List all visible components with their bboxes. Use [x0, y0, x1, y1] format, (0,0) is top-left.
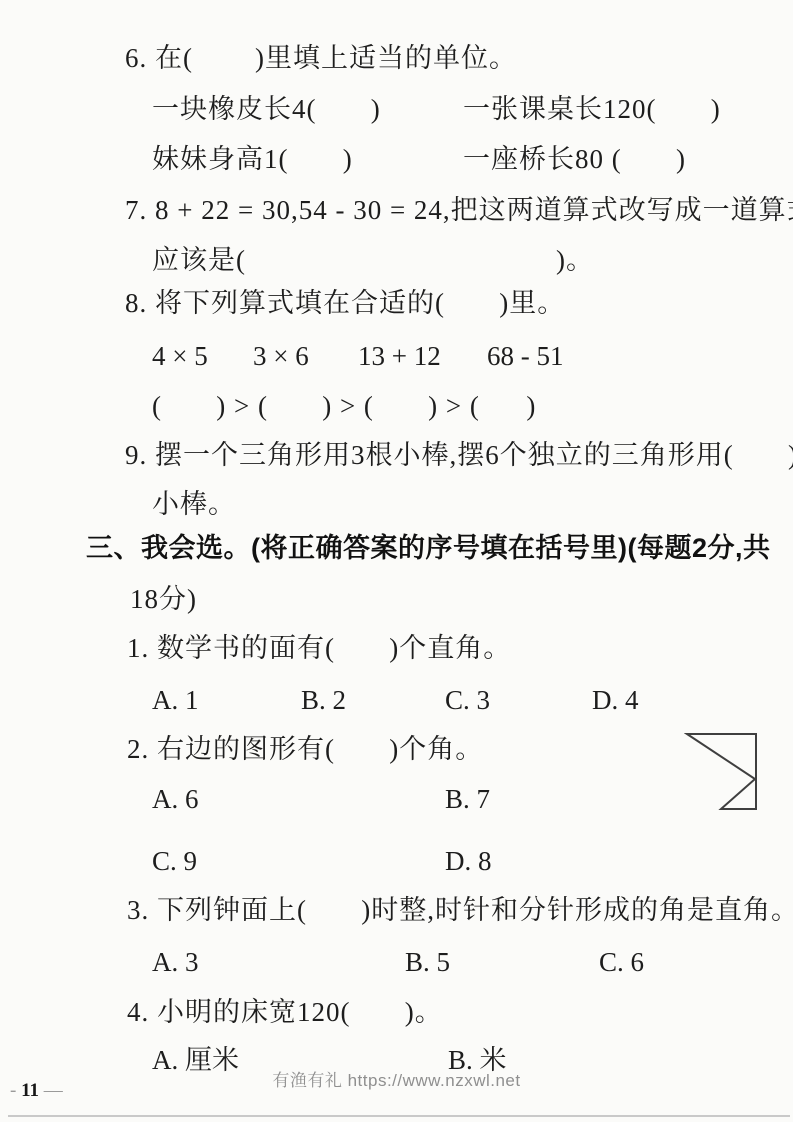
- page-number: - 11 —: [10, 1080, 63, 1102]
- page-number-value: 11: [21, 1080, 39, 1101]
- s3-q3-option-c: C. 6: [599, 946, 644, 978]
- s3-q3-stem: 3. 下列钟面上( )时整,时针和分针形成的角是直角。: [127, 894, 793, 926]
- q6-stem: 6. 在( )里填上适当的单位。: [125, 42, 517, 74]
- s3-q1-option-a: A. 1: [152, 684, 199, 716]
- s3-q4-stem: 4. 小明的床宽120( )。: [127, 996, 443, 1028]
- q7-line2: 应该是( )。: [152, 244, 594, 276]
- watermark-footer: 有渔有礼 https://www.nzxwl.net: [0, 1066, 793, 1091]
- q8-expression-2: 3 × 6: [253, 340, 309, 372]
- s3-q3-option-b: B. 5: [405, 946, 450, 978]
- s3-q3-option-a: A. 3: [152, 946, 199, 978]
- worksheet-page: 6. 在( )里填上适当的单位。 一块橡皮长4( ) 一张课桌长120( ) 妹…: [0, 0, 793, 1122]
- q7-line1: 7. 8 + 22 = 30,54 - 30 = 24,把这两道算式改写成一道算…: [125, 194, 793, 226]
- s3-q1-stem: 1. 数学书的面有( )个直角。: [127, 632, 511, 664]
- page-number-dash-right: —: [39, 1080, 63, 1101]
- q6-item-sister: 妹妹身高1( ): [152, 143, 353, 175]
- s3-q2-option-c: C. 9: [152, 845, 197, 877]
- q6-item-eraser: 一块橡皮长4( ): [152, 93, 381, 125]
- q6-item-desk: 一张课桌长120( ): [463, 93, 721, 125]
- q8-stem: 8. 将下列算式填在合适的( )里。: [125, 287, 565, 319]
- page-bottom-edge: [8, 1115, 790, 1117]
- q9-line1: 9. 摆一个三角形用3根小棒,摆6个独立的三角形用( )根: [125, 439, 793, 471]
- pentagon-flag-shape: [687, 734, 756, 809]
- s3-q2-option-d: D. 8: [445, 845, 492, 877]
- q8-expression-1: 4 × 5: [152, 340, 208, 372]
- s3-q1-option-b: B. 2: [301, 684, 346, 716]
- q8-expression-4: 68 - 51: [487, 340, 564, 372]
- section3-header-line2: 18分): [130, 583, 197, 615]
- q6-item-bridge: 一座桥长80 ( ): [463, 143, 686, 175]
- s3-q1-option-c: C. 3: [445, 684, 490, 716]
- q9-line2: 小棒。: [152, 488, 236, 520]
- s3-q2-stem: 2. 右边的图形有( )个角。: [127, 733, 483, 765]
- s3-q1-option-d: D. 4: [592, 684, 639, 716]
- page-number-dash-left: -: [10, 1080, 21, 1101]
- q8-blanks-line: ( ) > ( ) > ( ) > ( ): [152, 390, 536, 422]
- s3-q2-option-b: B. 7: [445, 783, 490, 815]
- section3-header-line1: 三、我会选。(将正确答案的序号填在括号里)(每题2分,共: [86, 532, 771, 564]
- q2-angle-figure: [684, 731, 760, 813]
- q8-expression-3: 13 + 12: [358, 340, 441, 372]
- s3-q2-option-a: A. 6: [152, 783, 199, 815]
